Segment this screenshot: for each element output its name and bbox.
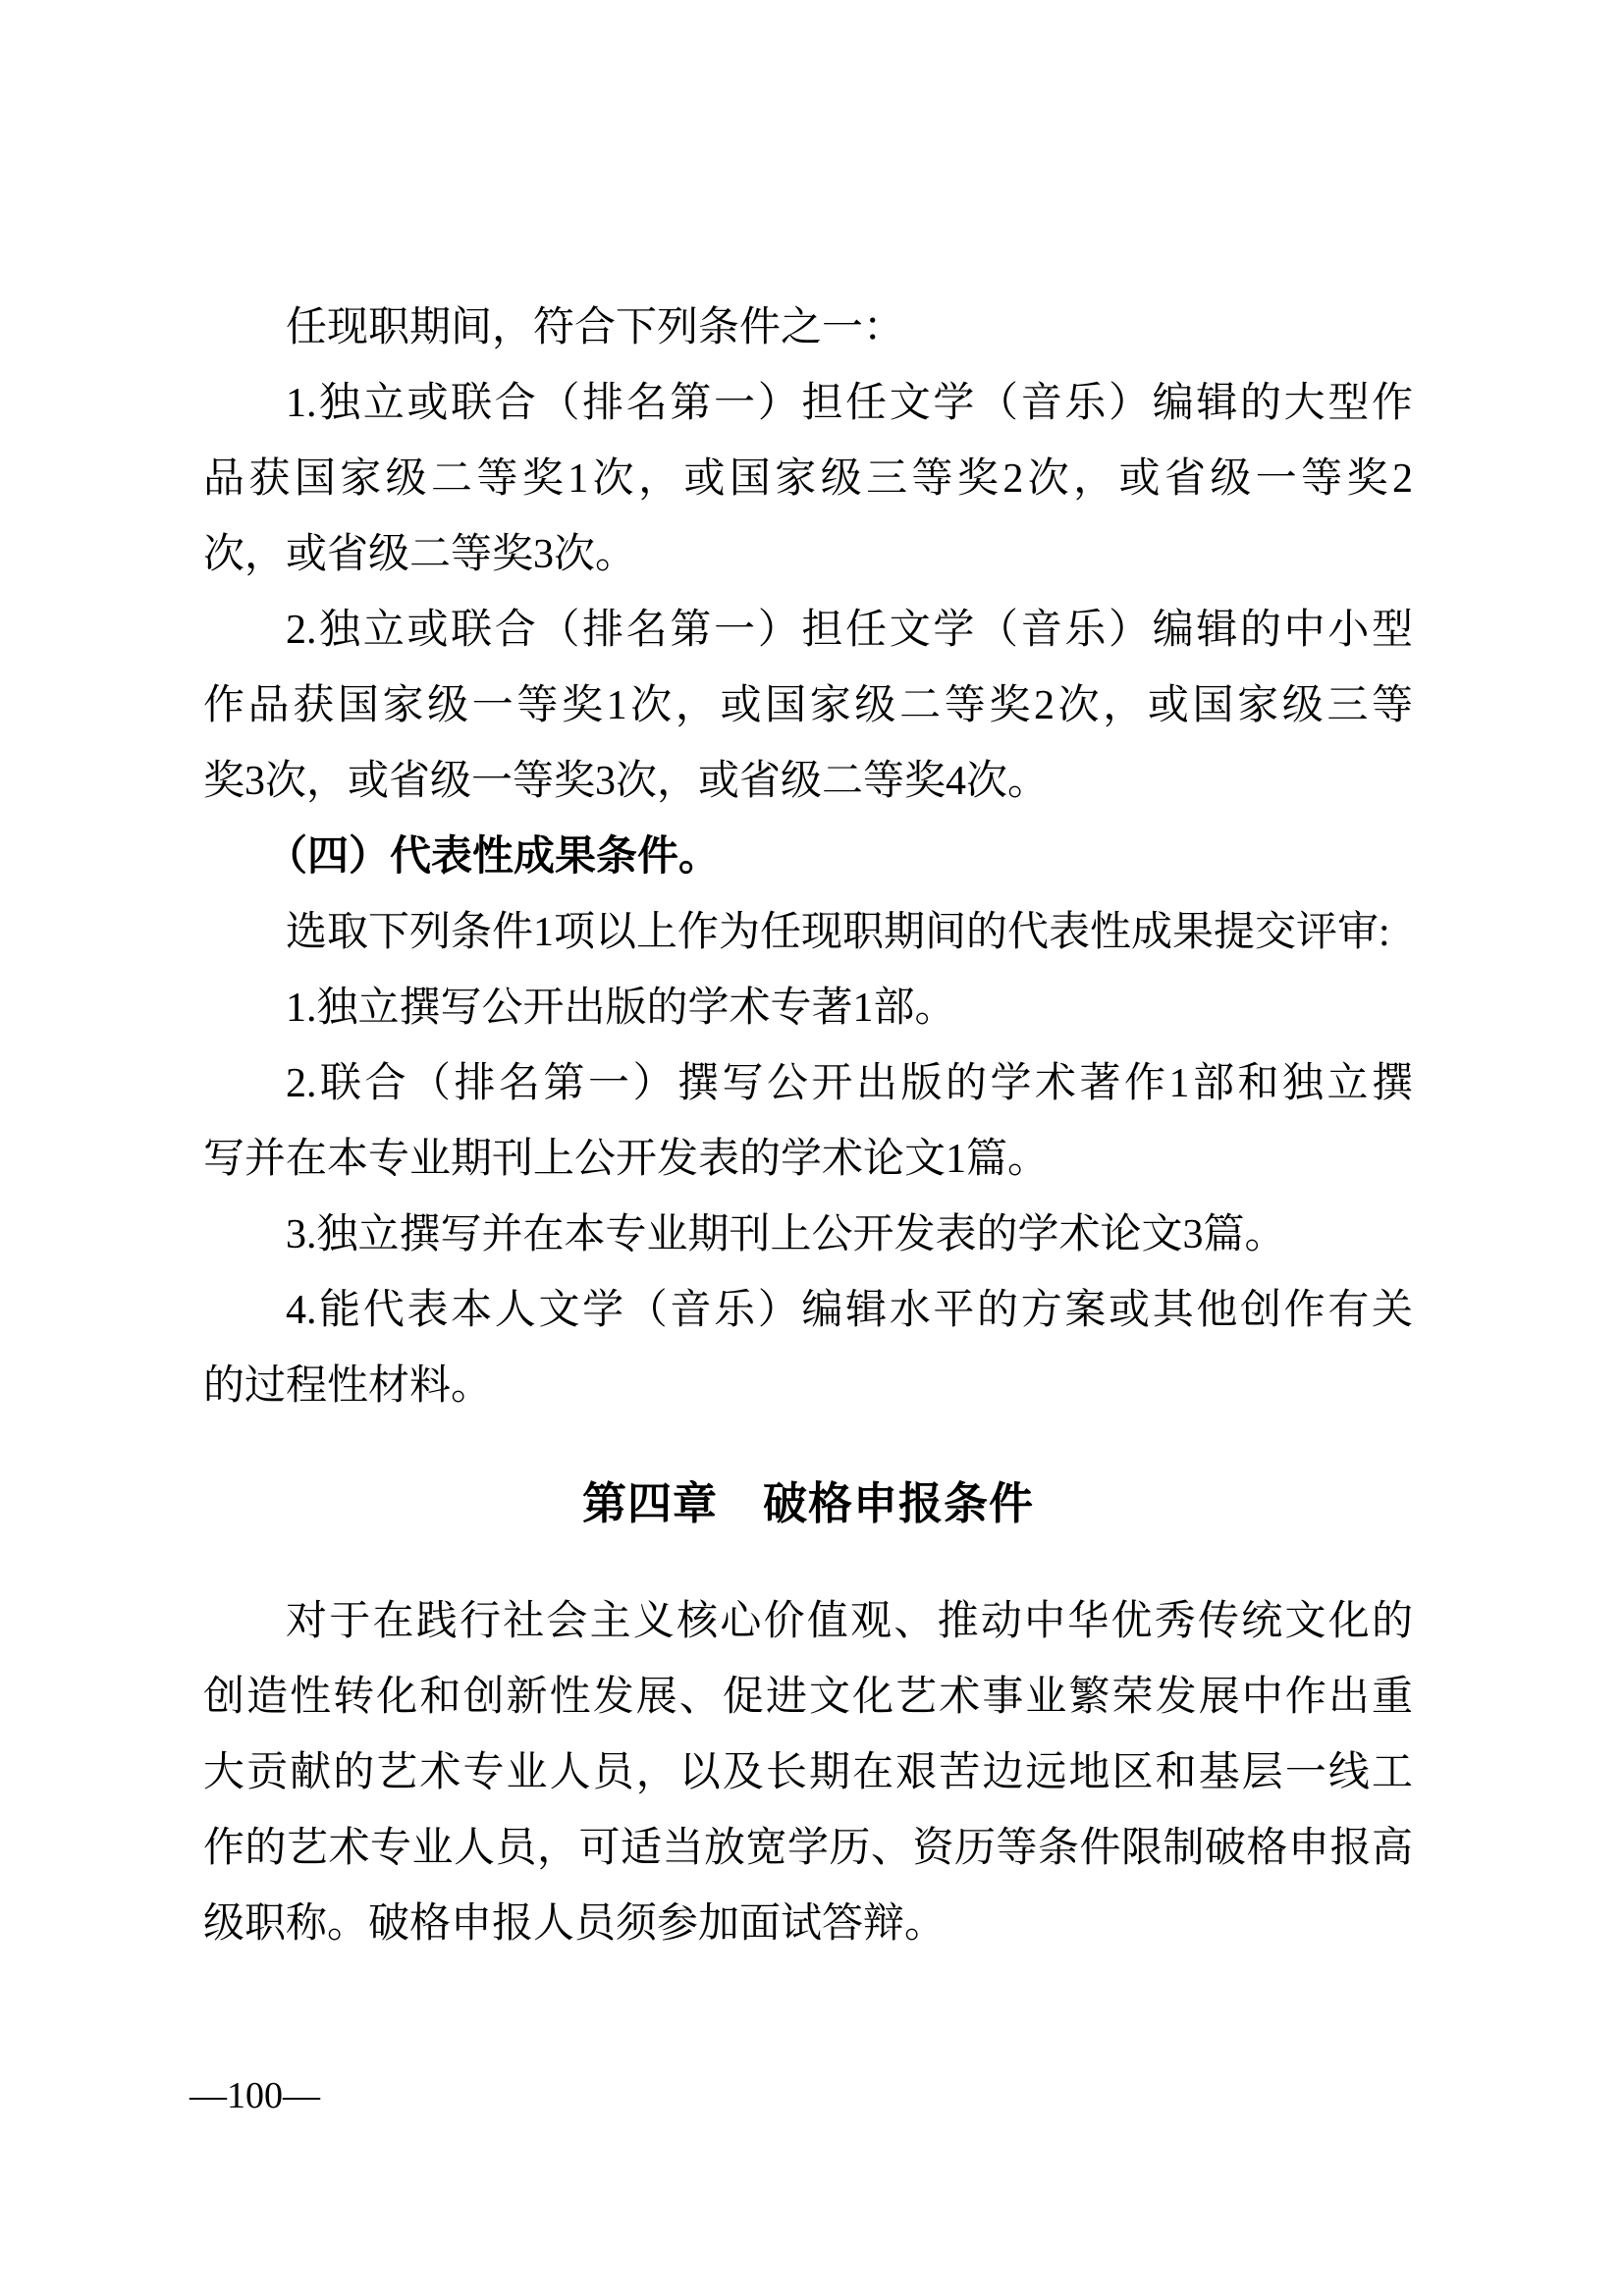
paragraph: 选取下列条件1项以上作为任现职期间的代表性成果提交评审: xyxy=(203,895,1413,971)
text-line: 次，或省级二等奖3次。 xyxy=(203,517,1413,593)
text-line: 品获国家级二等奖1次，或国家级三等奖2次，或省级一等奖2 xyxy=(203,442,1413,517)
text-line: （四）代表性成果条件。 xyxy=(203,820,1413,895)
text-line: 级职称。破格申报人员须参加面试答辩。 xyxy=(203,1887,1413,1962)
paragraph: 4.能代表本人文学（音乐）编辑水平的方案或其他创作有关的过程性材料。 xyxy=(203,1273,1413,1424)
text-line: 选取下列条件1项以上作为任现职期间的代表性成果提交评审: xyxy=(203,895,1413,971)
text-line: 大贡献的艺术专业人员，以及长期在艰苦边远地区和基层一线工 xyxy=(203,1735,1413,1811)
text-line: 对于在践行社会主义核心价值观、推动中华优秀传统文化的 xyxy=(203,1584,1413,1660)
text-line: 奖3次，或省级一等奖3次，或省级二等奖4次。 xyxy=(203,744,1413,820)
document-content: 任现职期间，符合下列条件之一：1.独立或联合（排名第一）担任文学（音乐）编辑的大… xyxy=(203,291,1413,1962)
paragraph: 对于在践行社会主义核心价值观、推动中华优秀传统文化的创造性转化和创新性发展、促进… xyxy=(203,1584,1413,1962)
text-line: 2.独立或联合（排名第一）担任文学（音乐）编辑的中小型 xyxy=(203,593,1413,668)
text-line: 作品获国家级一等奖1次，或国家级二等奖2次，或国家级三等 xyxy=(203,668,1413,744)
text-line: 1.独立或联合（排名第一）担任文学（音乐）编辑的大型作 xyxy=(203,366,1413,442)
text-line: 4.能代表本人文学（音乐）编辑水平的方案或其他创作有关 xyxy=(203,1273,1413,1349)
paragraph: 1.独立撰写公开出版的学术专著1部。 xyxy=(203,971,1413,1046)
paragraph: 1.独立或联合（排名第一）担任文学（音乐）编辑的大型作品获国家级二等奖1次，或国… xyxy=(203,366,1413,593)
text-line: 第四章 破格申报条件 xyxy=(203,1466,1413,1541)
text-line: 写并在本专业期刊上公开发表的学术论文1篇。 xyxy=(203,1122,1413,1198)
text-line: 1.独立撰写公开出版的学术专著1部。 xyxy=(203,971,1413,1046)
text-line: 作的艺术专业人员，可适当放宽学历、资历等条件限制破格申报高 xyxy=(203,1811,1413,1887)
text-line: 2.联合（排名第一）撰写公开出版的学术著作1部和独立撰 xyxy=(203,1046,1413,1122)
paragraph: 任现职期间，符合下列条件之一： xyxy=(203,291,1413,366)
paragraph: 3.独立撰写并在本专业期刊上公开发表的学术论文3篇。 xyxy=(203,1198,1413,1273)
text-line: 任现职期间，符合下列条件之一： xyxy=(203,291,1413,366)
chapter-heading: 第四章 破格申报条件 xyxy=(203,1466,1413,1541)
paragraph: 2.联合（排名第一）撰写公开出版的学术著作1部和独立撰写并在本专业期刊上公开发表… xyxy=(203,1046,1413,1198)
page-number: —100— xyxy=(189,2058,320,2134)
section-heading: （四）代表性成果条件。 xyxy=(203,820,1413,895)
text-line: 的过程性材料。 xyxy=(203,1349,1413,1424)
paragraph: 2.独立或联合（排名第一）担任文学（音乐）编辑的中小型作品获国家级一等奖1次，或… xyxy=(203,593,1413,820)
text-line: 3.独立撰写并在本专业期刊上公开发表的学术论文3篇。 xyxy=(203,1198,1413,1273)
text-line: 创造性转化和创新性发展、促进文化艺术事业繁荣发展中作出重 xyxy=(203,1660,1413,1735)
document-page: 任现职期间，符合下列条件之一：1.独立或联合（排名第一）担任文学（音乐）编辑的大… xyxy=(0,0,1623,2296)
